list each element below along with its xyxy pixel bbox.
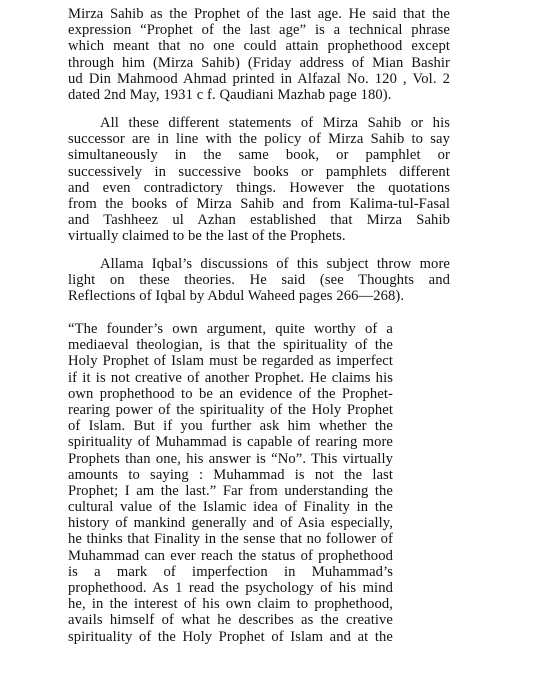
text-line: avails himself of what he describes as t… — [68, 612, 393, 628]
text-line: from the books of Mirza Sahib and from K… — [68, 196, 450, 212]
text-line: mediaeval theologian, is that the spirit… — [68, 337, 393, 353]
text-line: Prophet; I am the last.” Far from unders… — [68, 483, 393, 499]
text-line: amounts to saying : Muhammad is not the … — [68, 467, 393, 483]
text-line: All these different statements of Mirza … — [68, 115, 450, 131]
text-line: Allama Iqbal’s discussions of this subje… — [68, 256, 450, 272]
text-line: virtually claimed to be the last of the … — [68, 228, 450, 244]
text-line: through him (Mirza Sahib) (Friday addres… — [68, 55, 450, 71]
text-line: Muhammad can ever reach the status of pr… — [68, 548, 393, 564]
block-quote: “The founder’s own argument, quite worth… — [68, 321, 393, 645]
text-line: prophethood. As 1 read the psychology of… — [68, 580, 393, 596]
text-line: which meant that no one could attain pro… — [68, 38, 450, 54]
text-line: cultural value of the Islamic idea of Fi… — [68, 499, 393, 515]
text-line: of Islam. But if you further ask him whe… — [68, 418, 393, 434]
text-line: own prophethood to be an evidence of the… — [68, 386, 393, 402]
document-page: Mirza Sahib as the Prophet of the last a… — [0, 0, 550, 692]
text-line: rearing power of the spirituality of the… — [68, 402, 393, 418]
text-line: simultaneously in the same book, or pamp… — [68, 147, 450, 163]
text-line: Holy Prophet of Islam must be regarded a… — [68, 353, 393, 369]
text-line: Mirza Sahib as the Prophet of the last a… — [68, 6, 450, 22]
text-line: “The founder’s own argument, quite worth… — [68, 321, 393, 337]
text-line: if it is not creative of another Prophet… — [68, 370, 393, 386]
paragraph-continuation: Mirza Sahib as the Prophet of the last a… — [68, 6, 450, 103]
text-line: successively in successive books or pamp… — [68, 164, 450, 180]
text-line: is a mark of imperfection in Muhammad’s — [68, 564, 393, 580]
text-line: ud Din Mahmood Ahmad printed in Alfazal … — [68, 71, 450, 87]
paragraph-statements: All these different statements of Mirza … — [68, 115, 450, 245]
text-line: light on these theories. He said (see Th… — [68, 272, 450, 288]
paragraph-iqbal-intro: Allama Iqbal’s discussions of this subje… — [68, 256, 450, 305]
text-line: expression “Prophet of the last age” is … — [68, 22, 450, 38]
text-line: and even contradictory things. However t… — [68, 180, 450, 196]
text-line: he, in the interest of his own claim to … — [68, 596, 393, 612]
text-line: spirituality of Muhammad is capable of r… — [68, 434, 393, 450]
text-line: Reflections of Iqbal by Abdul Waheed pag… — [68, 288, 450, 304]
text-line: Prophets than one, his answer is “No”. T… — [68, 451, 393, 467]
text-line: he thinks that Finality in the sense tha… — [68, 531, 393, 547]
text-line: history of mankind generally and of Asia… — [68, 515, 393, 531]
text-line: dated 2nd May, 1931 c f. Qaudiani Mazhab… — [68, 87, 450, 103]
text-line: spirituality of the Holy Prophet of Isla… — [68, 629, 393, 645]
text-line: successor are in line with the policy of… — [68, 131, 450, 147]
text-line: and Tashheez ul Azhan established that M… — [68, 212, 450, 228]
